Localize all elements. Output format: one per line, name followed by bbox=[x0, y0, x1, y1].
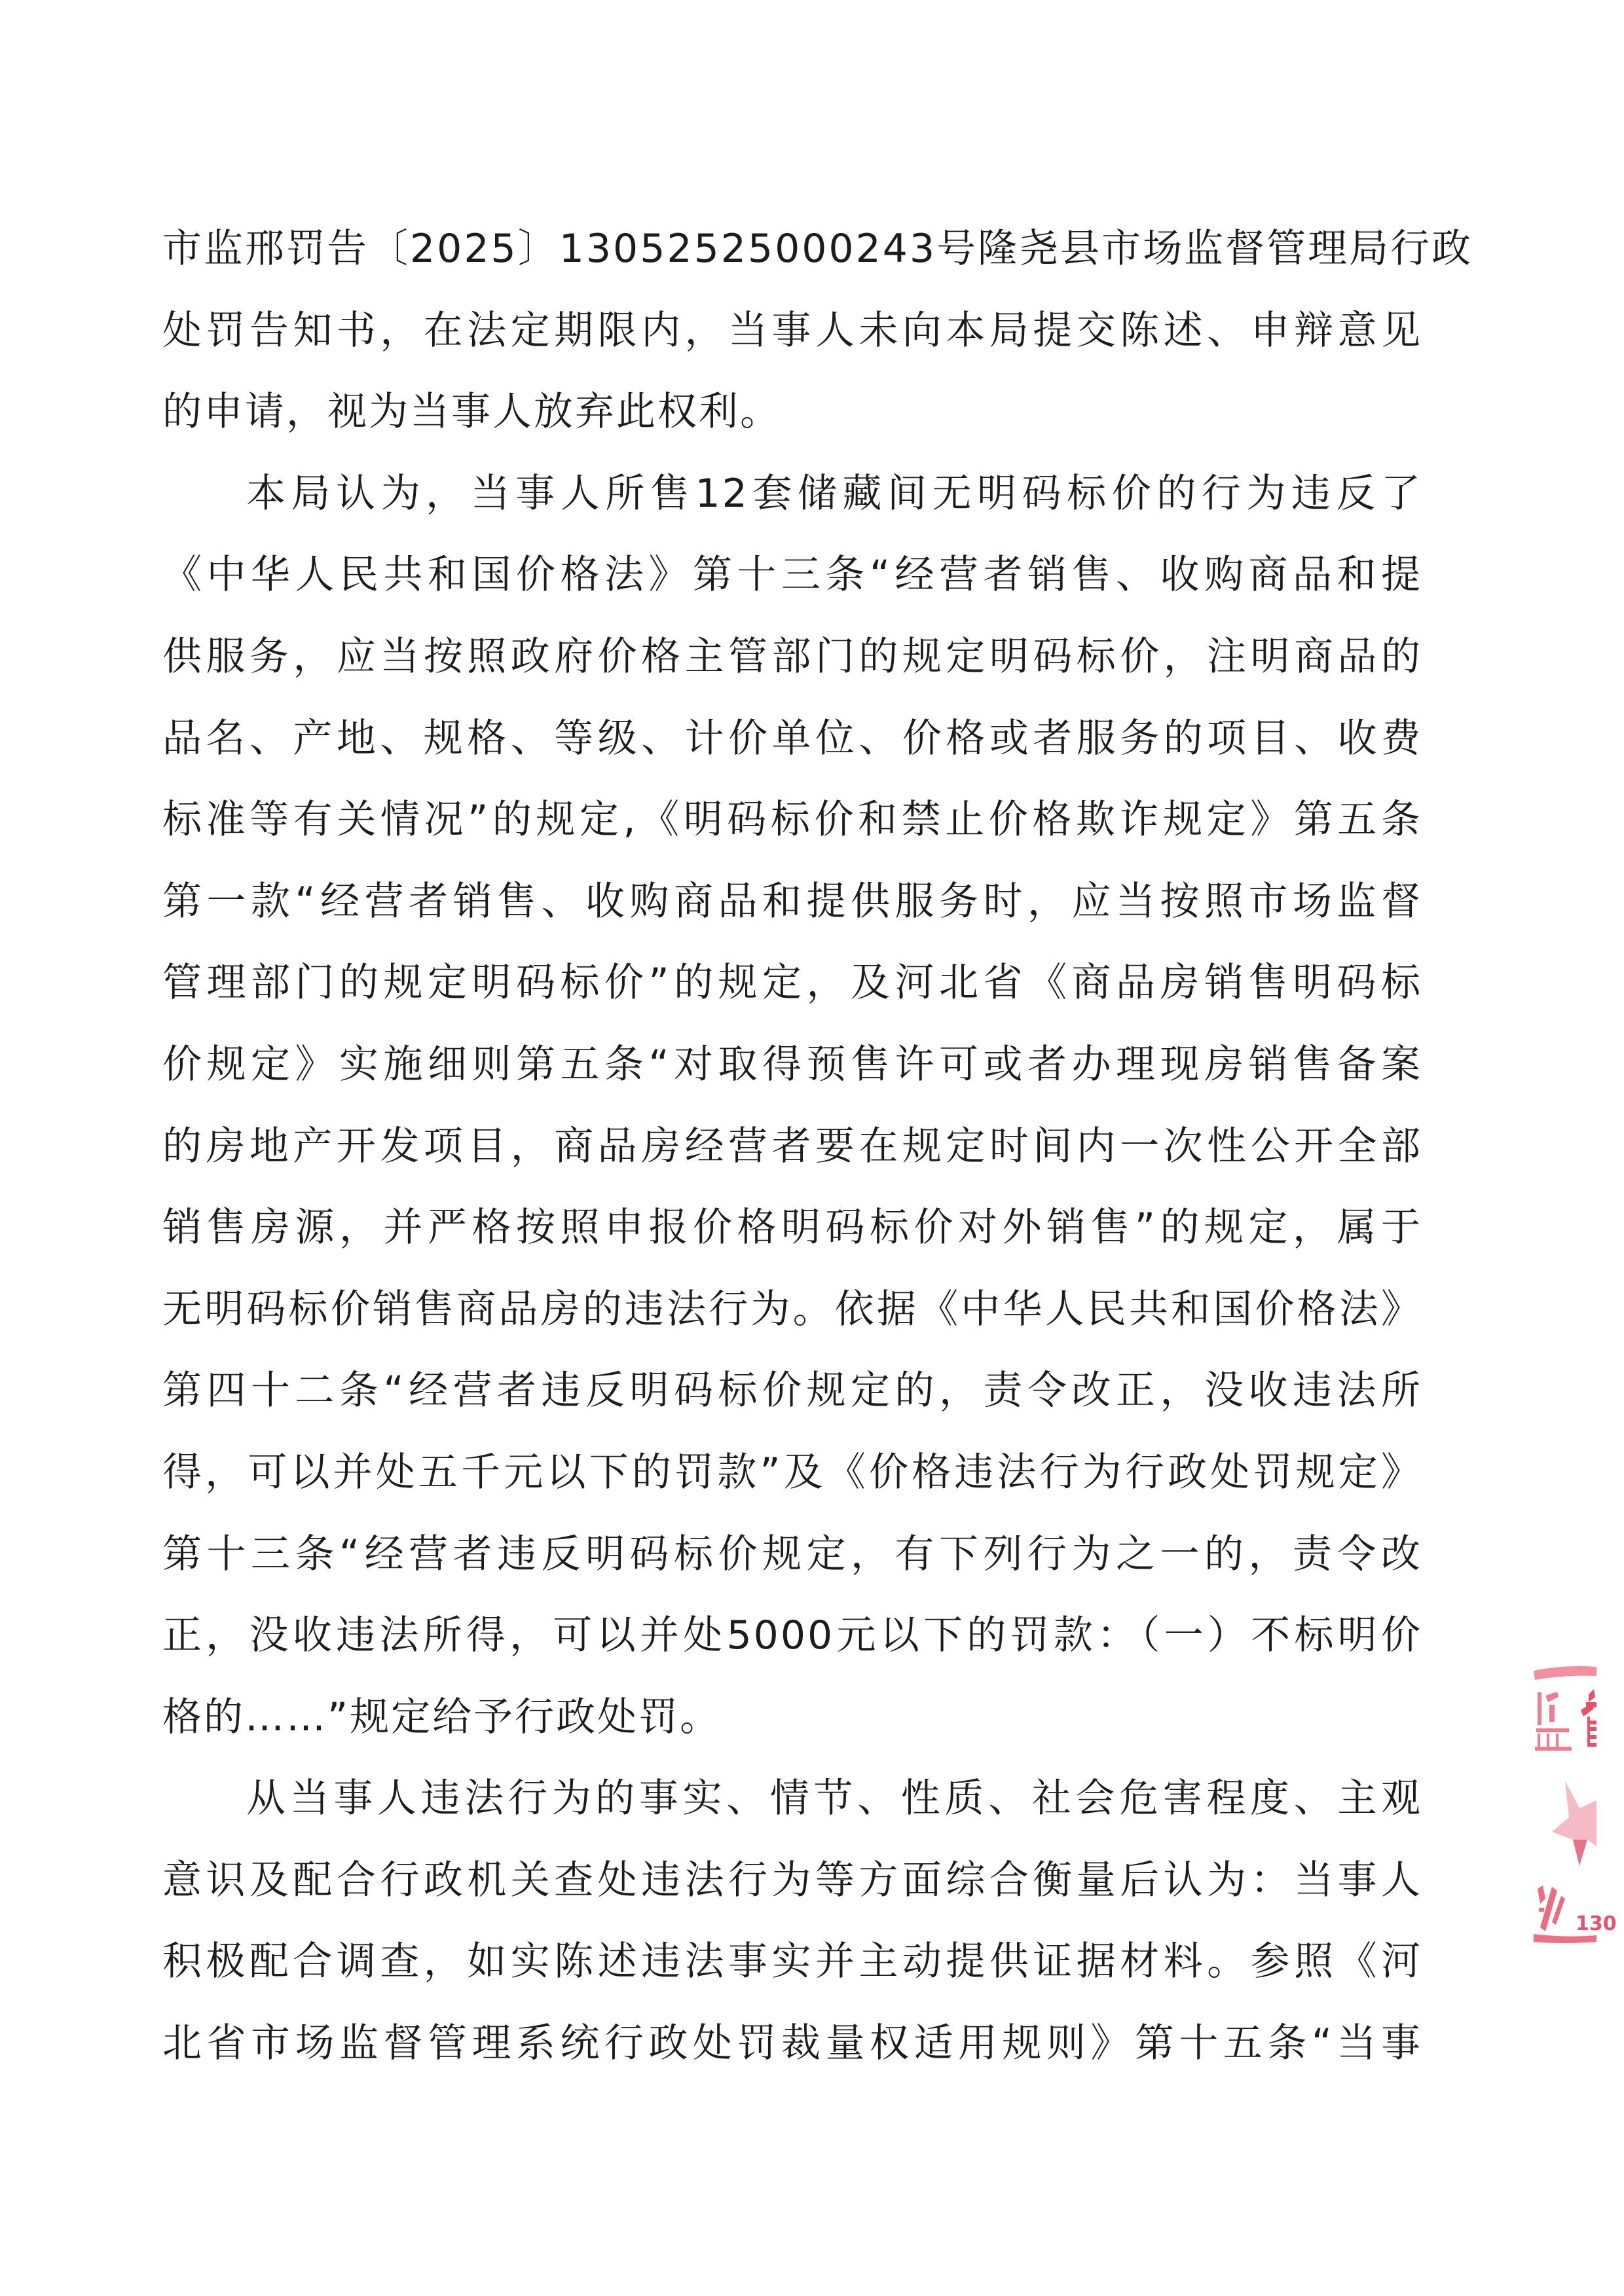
text-line: 《中华人民共和国价格法》第十三条“经营者销售、收购商品和提 bbox=[162, 534, 1422, 616]
text-line: 本局认为，当事人所售12套储藏间无明码标价的行为违反了 bbox=[162, 453, 1422, 535]
text-line: 的房地产开发项目，商品房经营者要在规定时间内一次性公开全部 bbox=[162, 1106, 1422, 1188]
paragraph-notice-waiver: 市监邢罚告〔2025〕13052525000243号隆尧县市场监督管理局行政 处… bbox=[162, 208, 1422, 453]
document-page: 市监邢罚告〔2025〕13052525000243号隆尧县市场监督管理局行政 处… bbox=[0, 0, 1624, 2296]
text-line: 从当事人违法行为的事实、情节、性质、社会危害程度、主观 bbox=[162, 1758, 1422, 1840]
paragraph-discretion: 从当事人违法行为的事实、情节、性质、社会危害程度、主观 意识及配合行政机关查处违… bbox=[162, 1758, 1422, 2084]
text-line: 积极配合调查，如实陈述违法事实并主动提供证据材料。参照《河 bbox=[162, 1921, 1422, 2003]
official-seal-stamp: 130 bbox=[1526, 1656, 1624, 1951]
text-line: 北省市场监督管理系统行政处罚裁量权适用规则》第十五条“当事 bbox=[162, 2003, 1422, 2085]
text-line: 管理部门的规定明码标价”的规定，及河北省《商品房销售明码标 bbox=[162, 942, 1422, 1024]
text-line: 标准等有关情况”的规定,《明码标价和禁止价格欺诈规定》第五条 bbox=[162, 779, 1422, 861]
text-line: 意识及配合行政机关查处违法行为等方面综合衡量后认为：当事人 bbox=[162, 1840, 1422, 1922]
text-line: 无明码标价销售商品房的违法行为。依据《中华人民共和国价格法》 bbox=[162, 1269, 1422, 1351]
text-line: 供服务，应当按照政府价格主管部门的规定明码标价，注明商品的 bbox=[162, 616, 1422, 698]
text-line: 得，可以并处五千元以下的罚款”及《价格违法行为行政处罚规定》 bbox=[162, 1432, 1422, 1514]
paragraph-legal-basis: 本局认为，当事人所售12套储藏间无明码标价的行为违反了 《中华人民共和国价格法》… bbox=[162, 453, 1422, 1758]
seal-number: 130 bbox=[1576, 1912, 1617, 1935]
text-line: 正，没收违法所得，可以并处5000元以下的罚款：（一）不标明价 bbox=[162, 1595, 1422, 1677]
document-body: 市监邢罚告〔2025〕13052525000243号隆尧县市场监督管理局行政 处… bbox=[162, 208, 1422, 2085]
text-line: 第十三条“经营者违反明码标价规定，有下列行为之一的，责令改 bbox=[162, 1514, 1422, 1595]
text-line: 的申请，视为当事人放弃此权利。 bbox=[162, 371, 1422, 453]
text-line: 格的……”规定给予行政处罚。 bbox=[162, 1677, 1422, 1758]
text-line: 市监邢罚告〔2025〕13052525000243号隆尧县市场监督管理局行政 bbox=[162, 208, 1422, 290]
text-line: 销售房源，并严格按照申报价格明码标价对外销售”的规定，属于 bbox=[162, 1187, 1422, 1269]
text-line: 第四十二条“经营者违反明码标价规定的，责令改正，没收违法所 bbox=[162, 1350, 1422, 1432]
text-line: 品名、产地、规格、等级、计价单位、价格或者服务的项目、收费 bbox=[162, 698, 1422, 780]
text-line: 处罚告知书，在法定期限内，当事人未向本局提交陈述、申辩意见 bbox=[162, 290, 1422, 372]
seal-icon: 130 bbox=[1526, 1656, 1624, 1951]
text-line: 价规定》实施细则第五条“对取得预售许可或者办理现房销售备案 bbox=[162, 1024, 1422, 1106]
text-line: 第一款“经营者销售、收购商品和提供服务时，应当按照市场监督 bbox=[162, 861, 1422, 943]
